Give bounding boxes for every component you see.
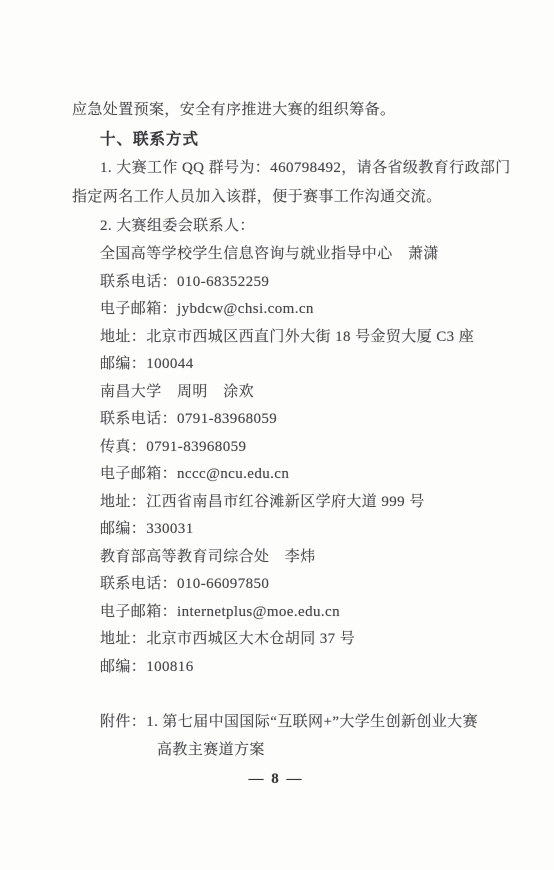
- attachment-line-1: 附件：1. 第七届中国国际“互联网+”大学生创新创业大赛: [100, 709, 500, 737]
- contact-email: 电子邮箱：jybdcw@chsi.com.cn: [72, 296, 500, 324]
- contact-address: 地址：江西省南昌市红谷滩新区学府大道 999 号: [72, 489, 500, 517]
- contact-block-ncu: 南昌大学 周明 涂欢 联系电话：0791-83968059 传真：0791-83…: [72, 379, 500, 544]
- document-content: 应急处置预案，安全有序推进大赛的组织筹备。 十、联系方式 1. 大赛工作 QQ …: [72, 96, 500, 792]
- contact-postcode: 邮编：100816: [72, 654, 500, 682]
- attachment-section: 附件：1. 第七届中国国际“互联网+”大学生创新创业大赛 高教主赛道方案: [72, 709, 500, 764]
- qq-group-line-2: 指定两名工作人员加入该群，便于赛事工作沟通交流。: [72, 183, 500, 212]
- contact-address: 地址：北京市西城区西直门外大街 18 号金贸大厦 C3 座: [72, 324, 500, 352]
- contact-address: 地址：北京市西城区大木仓胡同 37 号: [72, 626, 500, 654]
- contact-phone: 联系电话：010-68352259: [72, 269, 500, 297]
- section-heading: 十、联系方式: [72, 125, 500, 154]
- contact-postcode: 邮编：330031: [72, 516, 500, 544]
- page-number: — 8 —: [62, 766, 490, 792]
- intro-section: 应急处置预案，安全有序推进大赛的组织筹备。 十、联系方式 1. 大赛工作 QQ …: [72, 96, 500, 241]
- contact-phone: 联系电话：010-66097850: [72, 571, 500, 599]
- contacts-intro-line: 2. 大赛组委会联系人：: [72, 212, 500, 241]
- contact-org: 全国高等学校学生信息咨询与就业指导中心 萧潇: [72, 241, 500, 269]
- attachment-line-2: 高教主赛道方案: [100, 737, 500, 765]
- contact-fax: 传真：0791-83968059: [72, 434, 500, 462]
- contact-email: 电子邮箱：nccc@ncu.edu.cn: [72, 461, 500, 489]
- contact-phone: 联系电话：0791-83968059: [72, 406, 500, 434]
- document-page: 应急处置预案，安全有序推进大赛的组织筹备。 十、联系方式 1. 大赛工作 QQ …: [0, 0, 554, 870]
- contact-block-moe: 教育部高等教育司综合处 李炜 联系电话：010-66097850 电子邮箱：in…: [72, 544, 500, 682]
- contact-org: 教育部高等教育司综合处 李炜: [72, 544, 500, 572]
- qq-group-line-1: 1. 大赛工作 QQ 群号为：460798492，请各省级教育行政部门: [72, 154, 500, 183]
- contact-block-chsi: 全国高等学校学生信息咨询与就业指导中心 萧潇 联系电话：010-68352259…: [72, 241, 500, 379]
- contact-postcode: 邮编：100044: [72, 351, 500, 379]
- contact-org: 南昌大学 周明 涂欢: [72, 379, 500, 407]
- paragraph-continuation-line: 应急处置预案，安全有序推进大赛的组织筹备。: [72, 96, 500, 125]
- contact-email: 电子邮箱：internetplus@moe.edu.cn: [72, 599, 500, 627]
